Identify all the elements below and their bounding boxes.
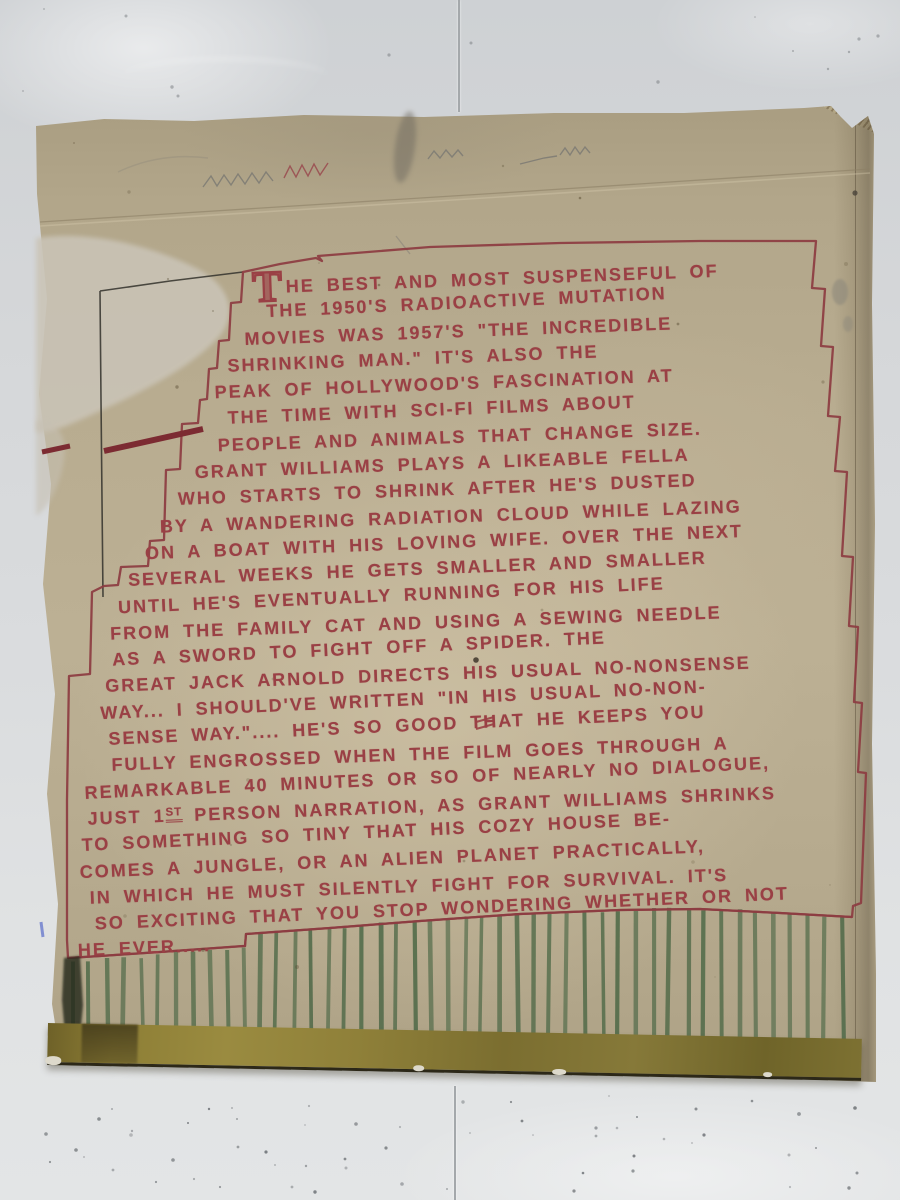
tape-chip	[552, 1069, 566, 1075]
blue-pen-mark	[41, 922, 43, 937]
tape-chip	[763, 1072, 772, 1077]
tile-grout-line-bottom	[454, 1086, 456, 1200]
tape-chip	[413, 1065, 424, 1071]
handwritten-review-text: THE BEST AND MOST SUSPENSEFUL OFTHE 1950…	[70, 252, 791, 963]
tile-grout-line-top	[458, 0, 460, 112]
superscript-st: ST	[165, 807, 182, 823]
floor-scuff-mark	[120, 58, 330, 98]
photo-of-handwritten-movie-review-card: THE BEST AND MOST SUSPENSEFUL OFTHE 1950…	[0, 0, 900, 1200]
drop-cap-letter: T	[252, 272, 282, 297]
cardboard-right-fold-line	[855, 124, 856, 1076]
torn-corner-top-right	[794, 104, 874, 138]
tape-dark-stain	[81, 1024, 138, 1064]
tape-chip	[45, 1056, 61, 1065]
